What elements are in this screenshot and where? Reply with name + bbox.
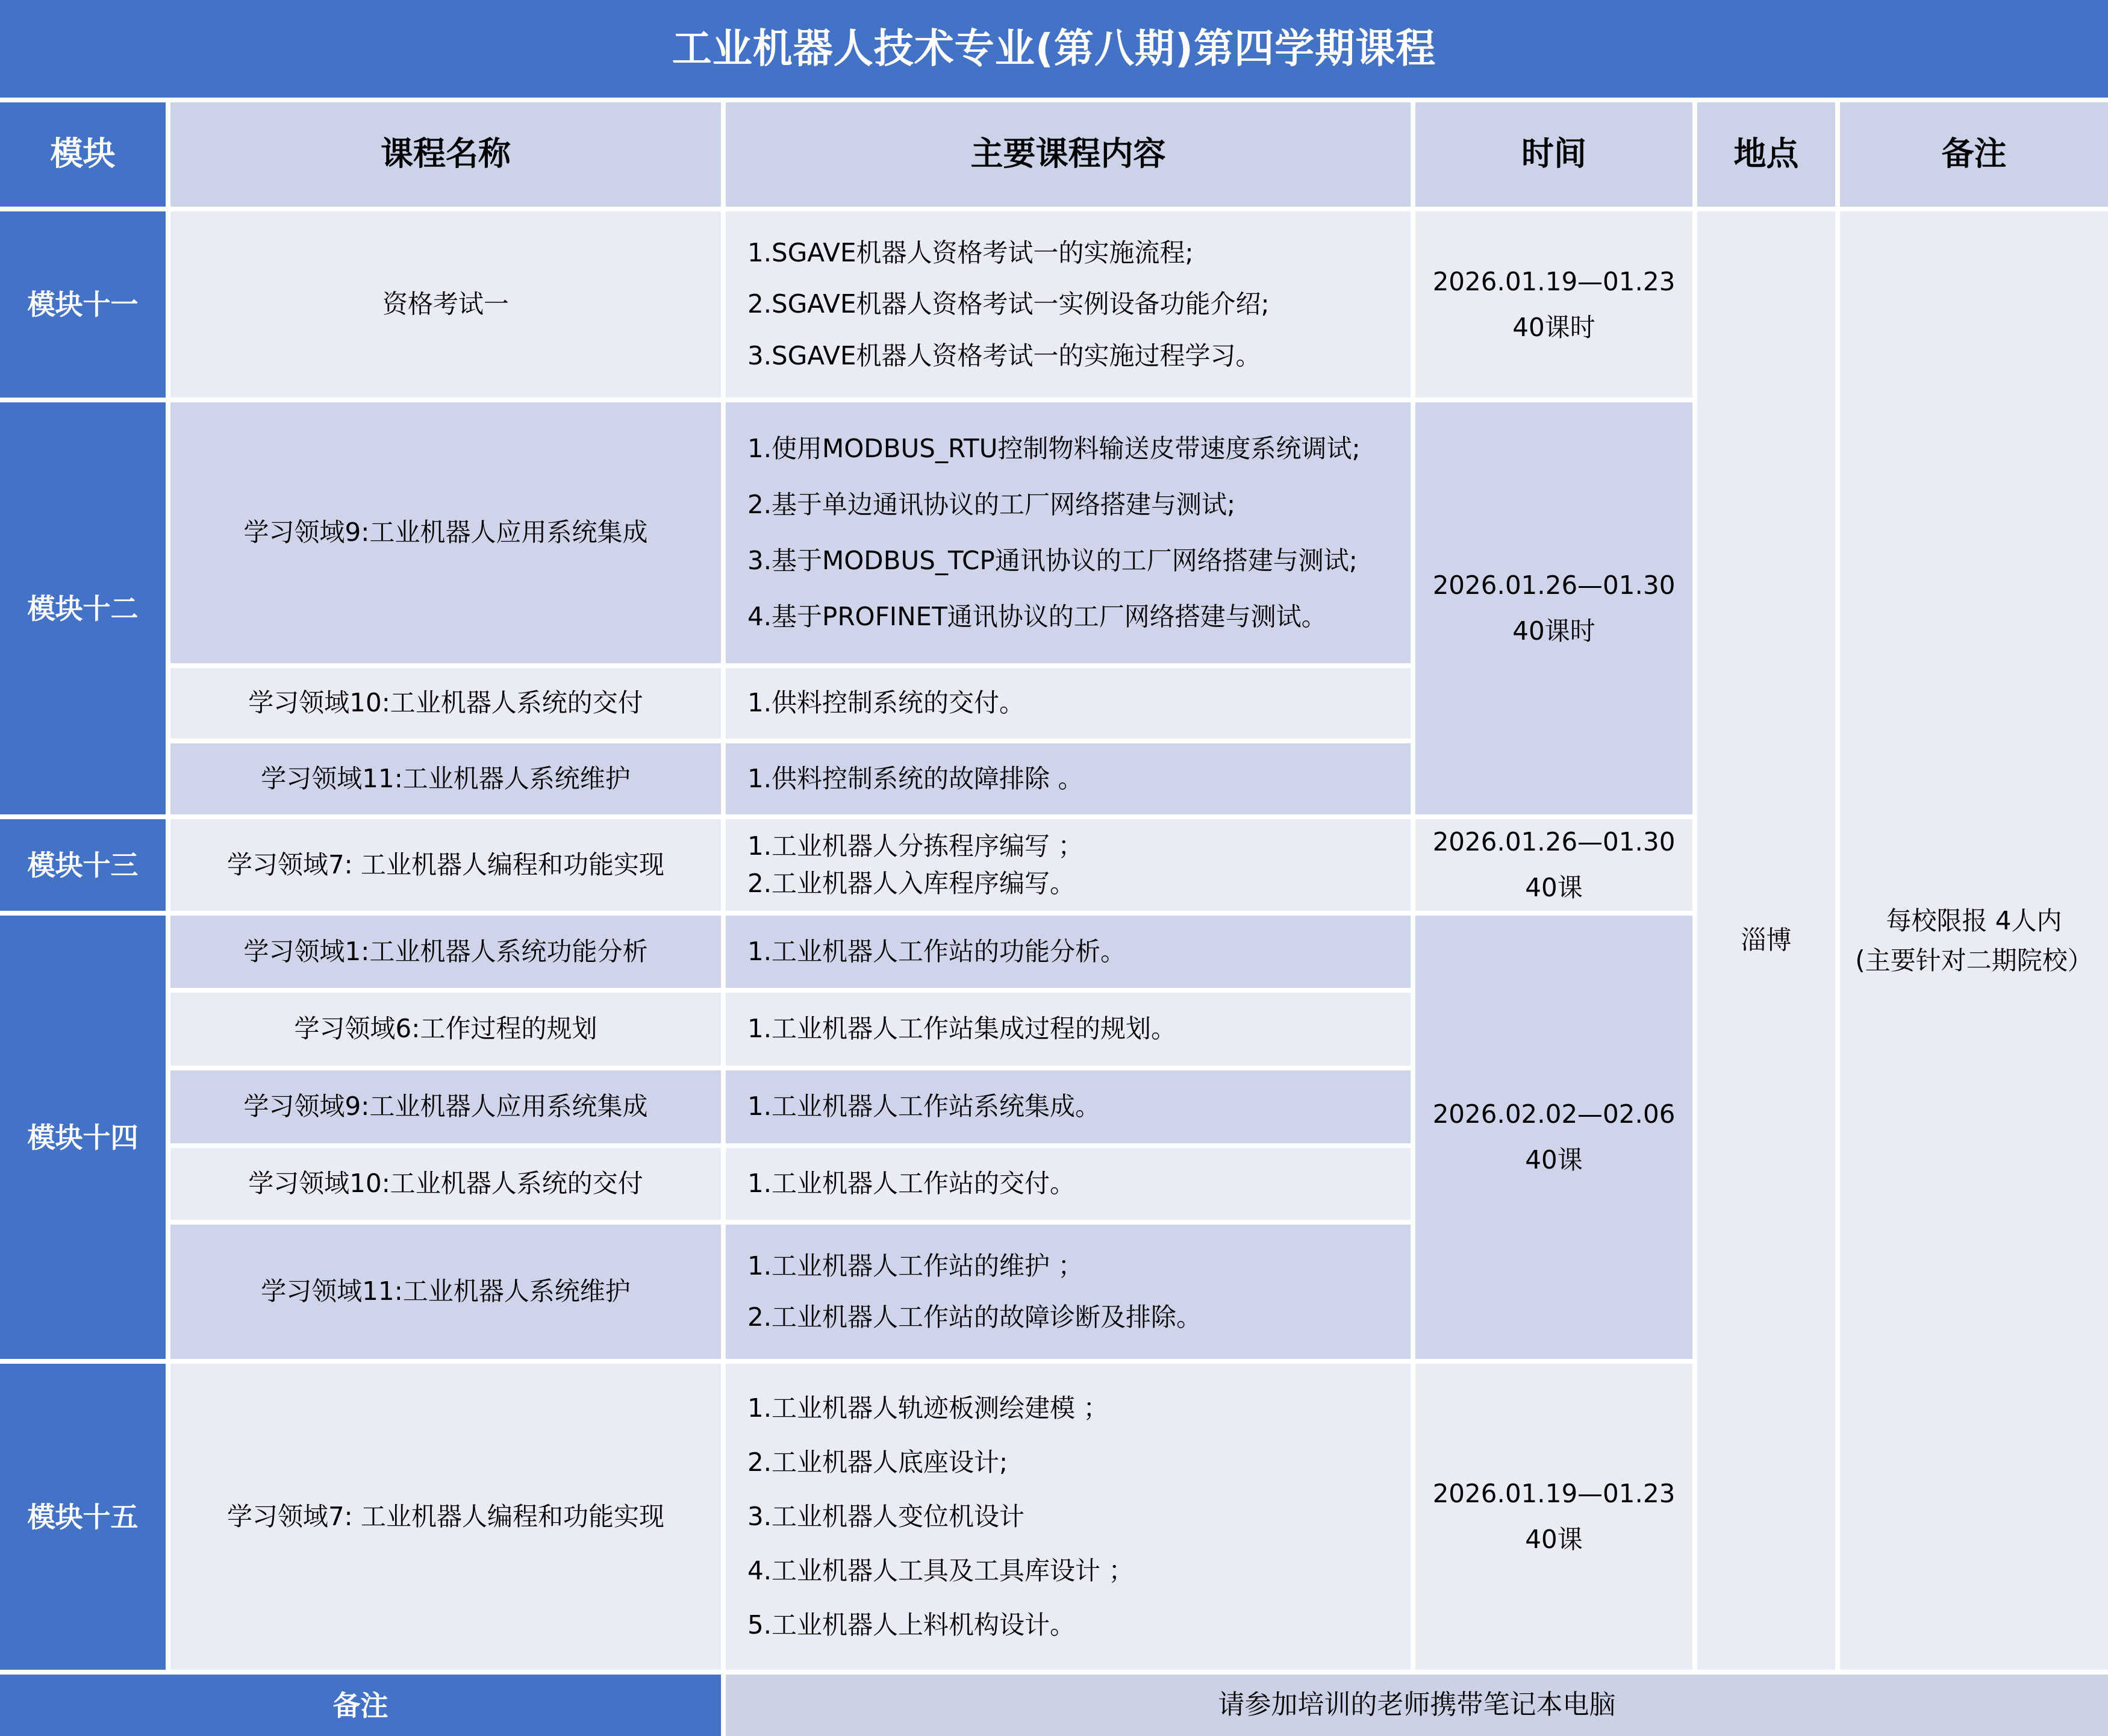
content-line: 1.工业机器人工作站集成过程的规划。 bbox=[747, 1013, 1401, 1045]
time-hours: 40课时 bbox=[1512, 305, 1595, 351]
course-content-cell: 1.工业机器人工作站的功能分析。 bbox=[726, 916, 1411, 988]
header-location: 地点 bbox=[1697, 102, 1835, 207]
course-name-cell: 学习领域11:工业机器人系统维护 bbox=[170, 743, 721, 814]
time-cell: 2026.02.02—02.06 40课 bbox=[1415, 916, 1692, 1359]
content-line: 1.工业机器人工作站系统集成。 bbox=[747, 1091, 1401, 1123]
time-hours: 40课时 bbox=[1512, 608, 1595, 654]
notes-cell: 每校限报 4人内 (主要针对二期院校） bbox=[1840, 211, 2108, 1670]
time-hours: 40课 bbox=[1525, 865, 1582, 911]
content-line: 1.工业机器人分拣程序编写 ； bbox=[747, 831, 1401, 863]
course-name-cell: 学习领域11:工业机器人系统维护 bbox=[170, 1225, 721, 1359]
course-content-cell: 1.工业机器人工作站的交付。 bbox=[726, 1148, 1411, 1220]
time-range: 2026.01.26—01.30 bbox=[1433, 563, 1676, 608]
header-notes: 备注 bbox=[1840, 102, 2108, 207]
notes-line: (主要针对二期院校） bbox=[1855, 941, 2092, 980]
content-line: 1.供料控制系统的故障排除 。 bbox=[747, 763, 1401, 795]
time-hours: 40课 bbox=[1525, 1137, 1582, 1183]
course-name-cell: 学习领域7: 工业机器人编程和功能实现 bbox=[170, 1364, 721, 1670]
time-range: 2026.01.19—01.23 bbox=[1433, 1471, 1676, 1517]
time-cell: 2026.01.26—01.30 40课时 bbox=[1415, 402, 1692, 814]
content-line: 2.工业机器人入库程序编写。 bbox=[747, 868, 1401, 900]
header-course-content: 主要课程内容 bbox=[726, 102, 1411, 207]
course-name-cell: 学习领域9:工业机器人应用系统集成 bbox=[170, 402, 721, 663]
content-line: 2.基于单边通讯协议的工厂网络搭建与测试; bbox=[747, 489, 1401, 521]
page-title: 工业机器人技术专业(第八期)第四学期课程 bbox=[0, 0, 2108, 98]
content-line: 2.工业机器人底座设计; bbox=[747, 1447, 1401, 1479]
time-cell: 2026.01.26—01.30 40课 bbox=[1415, 819, 1692, 911]
course-name-cell: 学习领域1:工业机器人系统功能分析 bbox=[170, 916, 721, 988]
course-name-cell: 学习领域10:工业机器人系统的交付 bbox=[170, 1148, 721, 1220]
course-content-cell: 1.工业机器人分拣程序编写 ； 2.工业机器人入库程序编写。 bbox=[726, 819, 1411, 911]
time-range: 2026.01.26—01.30 bbox=[1433, 819, 1676, 865]
course-name-cell: 资格考试一 bbox=[170, 211, 721, 398]
content-line: 3.工业机器人变位机设计 bbox=[747, 1501, 1401, 1533]
course-content-cell: 1.工业机器人工作站系统集成。 bbox=[726, 1070, 1411, 1143]
content-line: 4.工业机器人工具及工具库设计 ； bbox=[747, 1555, 1401, 1587]
module-cell-15: 模块十五 bbox=[0, 1364, 166, 1670]
content-line: 3.SGAVE机器人资格考试一的实施过程学习。 bbox=[747, 340, 1401, 372]
notes-line: 每校限报 4人内 bbox=[1886, 901, 2062, 940]
course-name-cell: 学习领域9:工业机器人应用系统集成 bbox=[170, 1070, 721, 1143]
content-line: 5.工业机器人上料机构设计。 bbox=[747, 1610, 1401, 1641]
time-cell: 2026.01.19—01.23 40课 bbox=[1415, 1364, 1692, 1670]
course-name-cell: 学习领域10:工业机器人系统的交付 bbox=[170, 668, 721, 738]
course-content-cell: 1.工业机器人工作站的维护 ； 2.工业机器人工作站的故障诊断及排除。 bbox=[726, 1225, 1411, 1359]
location-cell: 淄博 bbox=[1697, 211, 1835, 1670]
content-line: 4.基于PROFINET通讯协议的工厂网络搭建与测试。 bbox=[747, 601, 1401, 633]
module-cell-12: 模块十二 bbox=[0, 402, 166, 814]
course-content-cell: 1.使用MODBUS_RTU控制物料输送皮带速度系统调试; 2.基于单边通讯协议… bbox=[726, 402, 1411, 663]
content-line: 1.工业机器人轨迹板测绘建模 ； bbox=[747, 1393, 1401, 1425]
header-course-name: 课程名称 bbox=[170, 102, 721, 207]
footer-label-cell: 备注 bbox=[0, 1675, 721, 1736]
content-line: 3.基于MODBUS_TCP通讯协议的工厂网络搭建与测试; bbox=[747, 545, 1401, 577]
course-content-cell: 1.工业机器人轨迹板测绘建模 ； 2.工业机器人底座设计; 3.工业机器人变位机… bbox=[726, 1364, 1411, 1670]
content-line: 1.SGAVE机器人资格考试一的实施流程; bbox=[747, 237, 1401, 269]
module-cell-11: 模块十一 bbox=[0, 211, 166, 398]
course-schedule-page: 工业机器人技术专业(第八期)第四学期课程 模块 课程名称 主要课程内容 时间 地… bbox=[0, 0, 2108, 1736]
content-line: 2.SGAVE机器人资格考试一实例设备功能介绍; bbox=[747, 289, 1401, 320]
course-name-cell: 学习领域6:工作过程的规划 bbox=[170, 993, 721, 1066]
content-line: 1.工业机器人工作站的维护 ； bbox=[747, 1250, 1401, 1282]
course-content-cell: 1.供料控制系统的交付。 bbox=[726, 668, 1411, 738]
time-hours: 40课 bbox=[1525, 1517, 1582, 1563]
content-line: 1.供料控制系统的交付。 bbox=[747, 687, 1401, 719]
content-line: 2.工业机器人工作站的故障诊断及排除。 bbox=[747, 1302, 1401, 1334]
footer-note-cell: 请参加培训的老师携带笔记本电脑 bbox=[726, 1675, 2108, 1736]
course-content-cell: 1.工业机器人工作站集成过程的规划。 bbox=[726, 993, 1411, 1066]
module-cell-14: 模块十四 bbox=[0, 916, 166, 1359]
content-line: 1.工业机器人工作站的功能分析。 bbox=[747, 936, 1401, 968]
course-content-cell: 1.SGAVE机器人资格考试一的实施流程; 2.SGAVE机器人资格考试一实例设… bbox=[726, 211, 1411, 398]
course-name-cell: 学习领域7: 工业机器人编程和功能实现 bbox=[170, 819, 721, 911]
header-time: 时间 bbox=[1415, 102, 1692, 207]
time-range: 2026.01.19—01.23 bbox=[1433, 259, 1676, 305]
header-module: 模块 bbox=[0, 102, 166, 207]
content-line: 1.工业机器人工作站的交付。 bbox=[747, 1168, 1401, 1200]
time-cell: 2026.01.19—01.23 40课时 bbox=[1415, 211, 1692, 398]
content-line: 1.使用MODBUS_RTU控制物料输送皮带速度系统调试; bbox=[747, 433, 1401, 465]
time-range: 2026.02.02—02.06 bbox=[1433, 1091, 1676, 1137]
course-content-cell: 1.供料控制系统的故障排除 。 bbox=[726, 743, 1411, 814]
module-cell-13: 模块十三 bbox=[0, 819, 166, 911]
course-schedule-table: 工业机器人技术专业(第八期)第四学期课程 模块 课程名称 主要课程内容 时间 地… bbox=[0, 0, 2108, 1736]
